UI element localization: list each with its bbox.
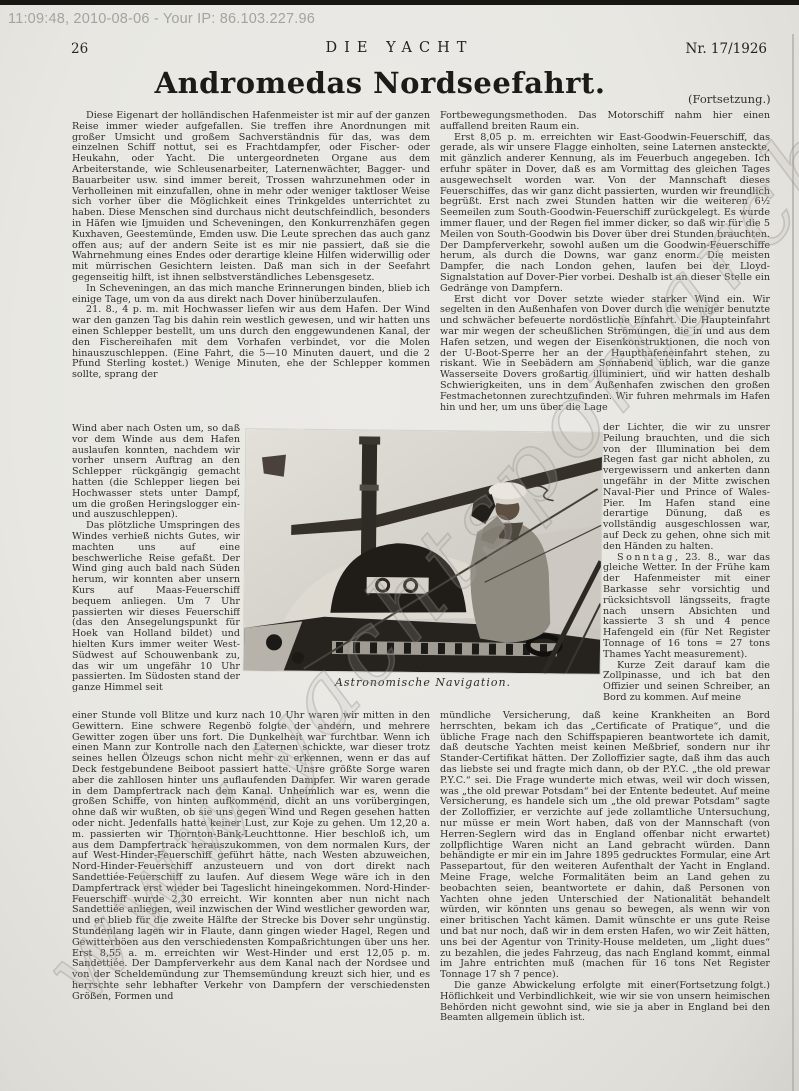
right-column-top: Fortbewegungsmethoden. Das Motorschiff n… bbox=[440, 111, 770, 423]
scan-right-edge bbox=[792, 34, 794, 1091]
paragraph: Erst dicht vor Dover setzte wieder stark… bbox=[440, 295, 770, 414]
paragraph: einer Stunde voll Blitze und kurz nach 1… bbox=[72, 711, 430, 1003]
scan-top-edge bbox=[0, 0, 799, 5]
left-column-top: Diese Eigenart der holländischen Hafenme… bbox=[72, 111, 430, 424]
paragraph: Diese Eigenart der holländischen Hafenme… bbox=[72, 111, 430, 284]
magazine-page-scan: 11:09:48, 2010-08-06 - Your IP: 86.103.2… bbox=[0, 0, 799, 1091]
paragraph: der Lichter, die wir zu unsrer Peilung b… bbox=[603, 423, 770, 553]
paragraph: (Fortsetzung folgt.)Die ganze Abwickelun… bbox=[440, 981, 770, 1024]
paragraph: mündliche Versicherung, daß keine Krankh… bbox=[440, 711, 770, 981]
continuation-note: (Fortsetzung.) bbox=[688, 92, 771, 106]
right-column-narrow: der Lichter, die wir zu unsrer Peilung b… bbox=[603, 423, 770, 711]
paragraph: In Scheveningen, an das mich manche Erin… bbox=[72, 284, 430, 306]
paragraph: Das plötzliche Umspringen des Windes ver… bbox=[72, 521, 240, 694]
left-column-narrow: Wind aber nach Osten um, so daß vor dem … bbox=[72, 424, 240, 710]
paragraph: 21. 8., 4 p. m. mit Hochwasser liefen wi… bbox=[72, 305, 430, 381]
paragraph: Kurze Zeit darauf kam die Zollpinasse, u… bbox=[603, 661, 770, 704]
pipe-ring bbox=[360, 485, 379, 491]
pipe-cap bbox=[359, 436, 380, 444]
spaced-word: Sonntag bbox=[617, 552, 675, 563]
paragraph: Sonntag, 23. 8., war das gleiche Wetter.… bbox=[603, 553, 770, 661]
flag bbox=[262, 454, 286, 476]
magazine-title: DIE YACHT bbox=[0, 40, 799, 56]
paragraph-text: , 23. 8., war das gleiche Wetter. In der… bbox=[603, 552, 770, 660]
paragraph: Wind aber nach Osten um, so daß vor dem … bbox=[72, 424, 240, 521]
left-column-bottom: einer Stunde voll Blitze und kurz nach 1… bbox=[72, 711, 430, 1067]
scan-timestamp-overlay: 11:09:48, 2010-08-06 - Your IP: 86.103.2… bbox=[8, 11, 315, 27]
photo-caption: Astronomische Navigation. bbox=[245, 676, 601, 689]
right-column-bottom: mündliche Versicherung, daß keine Krankh… bbox=[440, 711, 770, 1043]
photo-illustration bbox=[244, 429, 603, 674]
paragraph: Erst 8,05 p. m. erreichten wir East-Good… bbox=[440, 133, 770, 295]
article-title: Andromedas Nordseefahrt. bbox=[0, 66, 760, 100]
photo-astronomische-navigation bbox=[244, 429, 603, 674]
issue-number: Nr. 17/1926 bbox=[686, 41, 767, 57]
paragraph: Fortbewegungsmethoden. Das Motorschiff n… bbox=[440, 111, 770, 133]
